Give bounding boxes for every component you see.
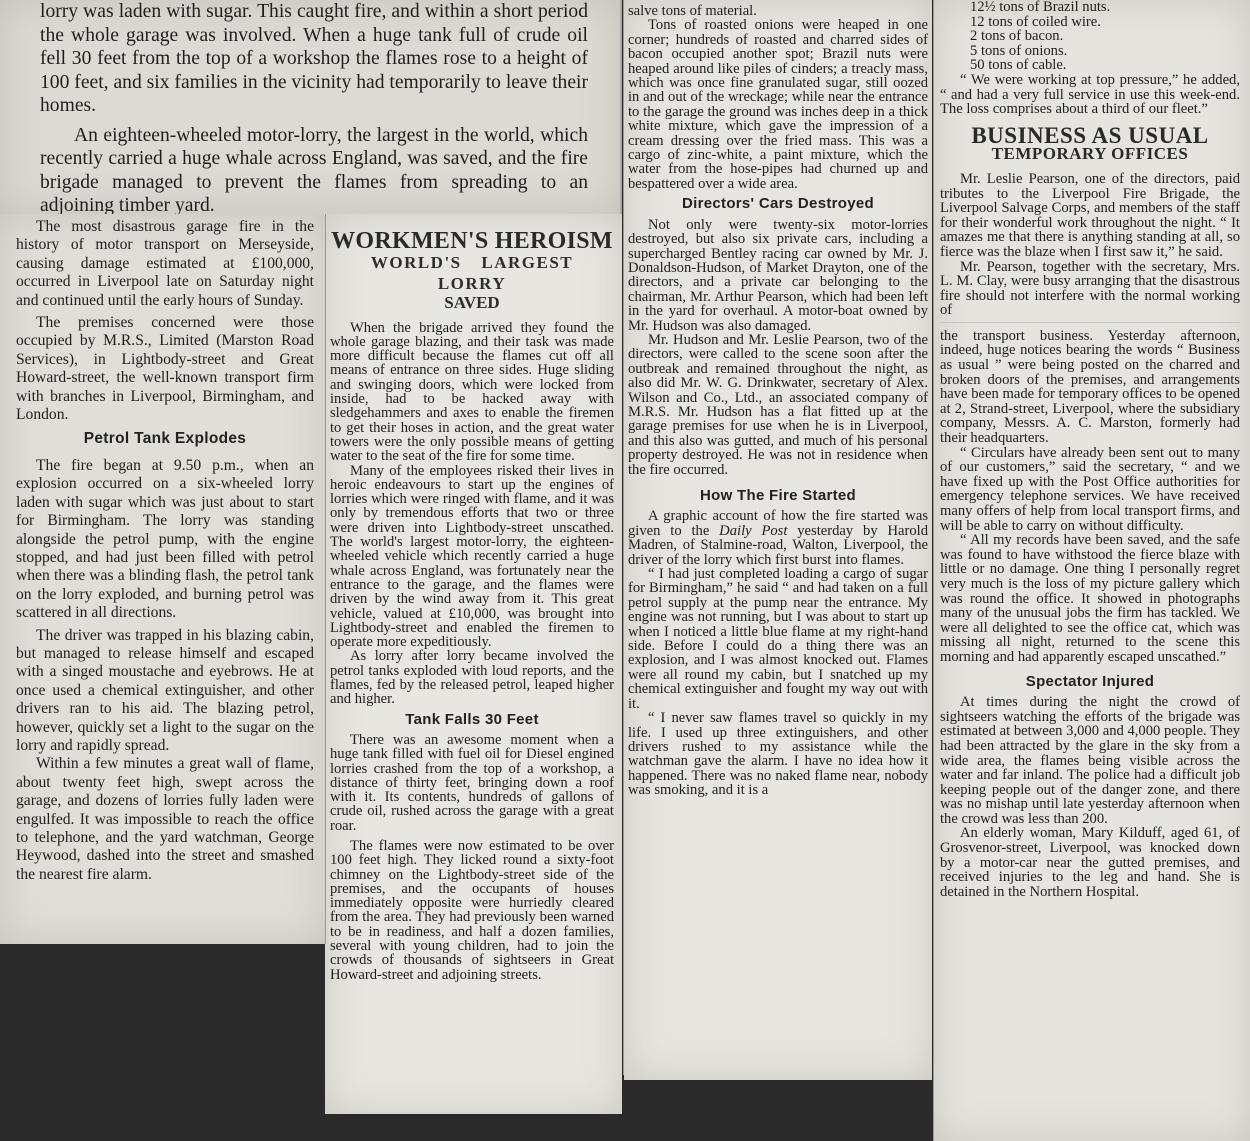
column-rule: [325, 214, 326, 944]
cargo-list: 12½ tons of Brazil nuts. 12 tons of coil…: [970, 0, 1240, 73]
subheadline-saved: SAVED: [330, 296, 614, 310]
column-rule: [623, 0, 624, 1075]
subheadline-temporary-offices: TEMPORARY OFFICES: [940, 147, 1240, 162]
lead-story-body: minutes before a dozen vehicles were abo…: [40, 0, 588, 218]
article-paragraph: The most disastrous garage fire in the h…: [16, 218, 314, 310]
subheadline-worlds-largest-lorry: WORLD'S LARGEST LORRY: [330, 252, 614, 294]
subheading-petrol-tank-explodes: Petrol Tank Explodes: [16, 430, 314, 448]
article-paragraph: Mr. Pearson, together with the secretary…: [940, 260, 1240, 318]
article-paragraph: “ Circulars have already been sent out t…: [940, 446, 1240, 534]
column-rule: [933, 0, 934, 1141]
article-paragraph: There was an awesome moment when a huge …: [330, 733, 614, 833]
article-paragraph: The flames were now estimated to be over…: [330, 839, 614, 982]
column-1: The most disastrous garage fire in the h…: [0, 214, 325, 944]
cargo-list-item: 12 tons of coiled wire.: [970, 15, 1240, 30]
article-paragraph: the transport business. Yesterday aftern…: [940, 329, 1240, 446]
article-paragraph: “ I had just completed loading a cargo o…: [628, 567, 928, 711]
cargo-list-item: 2 tons of bacon.: [970, 29, 1240, 44]
subheading-tank-falls: Tank Falls 30 Feet: [330, 713, 614, 727]
article-paragraph: “ We were working at top pressure,” he a…: [940, 73, 1240, 117]
subheading-spectator-injured: Spectator Injured: [940, 675, 1240, 690]
article-paragraph: “ I never saw flames travel so quickly i…: [628, 711, 928, 797]
column-3: salve tons of material. Tons of roasted …: [624, 0, 932, 1080]
cargo-list-item: 12½ tons of Brazil nuts.: [970, 0, 1240, 15]
cargo-list-item: 5 tons of onions.: [970, 44, 1240, 59]
lead-paragraph: An eighteen-wheeled motor-lorry, the lar…: [40, 124, 588, 218]
subheading-directors-cars-destroyed: Directors' Cars Destroyed: [628, 197, 928, 211]
article-paragraph: Mr. Hudson and Mr. Leslie Pearson, two o…: [628, 333, 928, 477]
subheading-how-the-fire-started: How The Fire Started: [628, 489, 928, 503]
article-paragraph: At times during the night the crowd of s…: [940, 695, 1240, 826]
article-paragraph: Within a few minutes a great wall of fla…: [16, 755, 314, 884]
article-paragraph: Tons of roasted onions were heaped in on…: [628, 18, 928, 191]
article-paragraph: As lorry after lorry became involved the…: [330, 649, 614, 706]
headline-workmens-heroism: WORKMEN'S HEROISM: [330, 234, 614, 248]
article-paragraph: “ All my records have been saved, and th…: [940, 533, 1240, 664]
article-paragraph: Many of the employees risked their lives…: [330, 464, 614, 650]
article-paragraph: Mr. Leslie Pearson, one of the directors…: [940, 172, 1240, 260]
article-paragraph: Not only were twenty-six motor-lorries d…: [628, 218, 928, 333]
article-paragraph: The driver was trapped in his blazing ca…: [16, 627, 314, 756]
article-paragraph: When the brigade arrived they found the …: [330, 321, 614, 464]
headline-business-as-usual: BUSINESS AS USUAL: [940, 129, 1240, 144]
article-paragraph: salve tons of material.: [628, 4, 928, 18]
lead-paragraph: lorry was laden with sugar. This caught …: [40, 0, 588, 118]
article-paragraph: An elderly woman, Mary Kilduff, aged 61,…: [940, 826, 1240, 899]
cargo-list-item: 50 tons of cable.: [970, 58, 1240, 73]
article-paragraph: The premises concerned were those occupi…: [16, 314, 314, 424]
column-2: WORKMEN'S HEROISM WORLD'S LARGEST LORRY …: [325, 214, 622, 1114]
column-4: 12½ tons of Brazil nuts. 12 tons of coil…: [934, 0, 1250, 1141]
lead-story-clipping: minutes before a dozen vehicles were abo…: [0, 0, 622, 214]
article-paragraph: The fire began at 9.50 p.m., when an exp…: [16, 457, 314, 623]
article-paragraph: A graphic account of how the fire starte…: [628, 509, 928, 567]
clipping-seam: [940, 322, 1240, 323]
